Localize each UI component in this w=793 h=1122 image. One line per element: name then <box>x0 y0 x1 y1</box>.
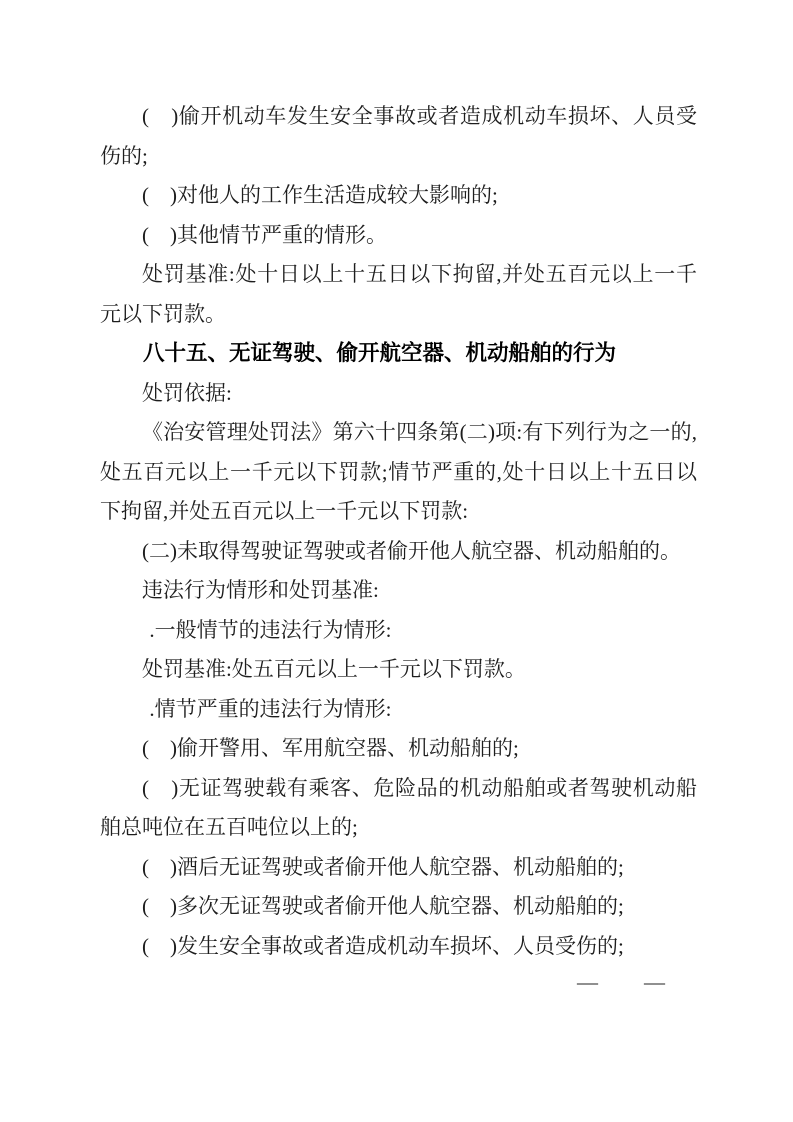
paragraph: (二)未取得驾驶证驾驶或者偷开他人航空器、机动船舶的。 <box>100 532 697 572</box>
paragraph: ( )酒后无证驾驶或者偷开他人航空器、机动船舶的; <box>100 848 697 888</box>
paragraph: .情节严重的违法行为情形: <box>100 690 697 730</box>
footer-dash-right: — <box>644 963 665 1003</box>
paragraph: ( )无证驾驶载有乘客、危险品的机动船舶或者驾驶机动船舶总吨位在五百吨位以上的; <box>100 769 697 848</box>
paragraph: ( )偷开警用、军用航空器、机动船舶的; <box>100 729 697 769</box>
paragraph: 处罚基准:处十日以上十五日以下拘留,并处五百元以上一千元以下罚款。 <box>100 255 697 334</box>
document-text-block: ( )偷开机动车发生安全事故或者造成机动车损坏、人员受伤的;( )对他人的工作生… <box>100 97 697 966</box>
page-footer: — — <box>577 963 665 1003</box>
paragraph: ( )其他情节严重的情形。 <box>100 216 697 256</box>
paragraph: ( )偷开机动车发生安全事故或者造成机动车损坏、人员受伤的; <box>100 97 697 176</box>
footer-dash-left: — <box>577 963 598 1003</box>
paragraph: 《治安管理处罚法》第六十四条第(二)项:有下列行为之一的,处五百元以上一千元以下… <box>100 413 697 532</box>
paragraph: ( )对他人的工作生活造成较大影响的; <box>100 176 697 216</box>
paragraph: 违法行为情形和处罚基准: <box>100 571 697 611</box>
paragraph: .一般情节的违法行为情形: <box>100 611 697 651</box>
scanned-document-page: ( )偷开机动车发生安全事故或者造成机动车损坏、人员受伤的;( )对他人的工作生… <box>0 0 793 1122</box>
section-heading: 八十五、无证驾驶、偷开航空器、机动船舶的行为 <box>100 334 697 374</box>
paragraph: 处罚基准:处五百元以上一千元以下罚款。 <box>100 650 697 690</box>
paragraph: ( )发生安全事故或者造成机动车损坏、人员受伤的; <box>100 927 697 967</box>
paragraph: ( )多次无证驾驶或者偷开他人航空器、机动船舶的; <box>100 887 697 927</box>
paragraph: 处罚依据: <box>100 374 697 414</box>
